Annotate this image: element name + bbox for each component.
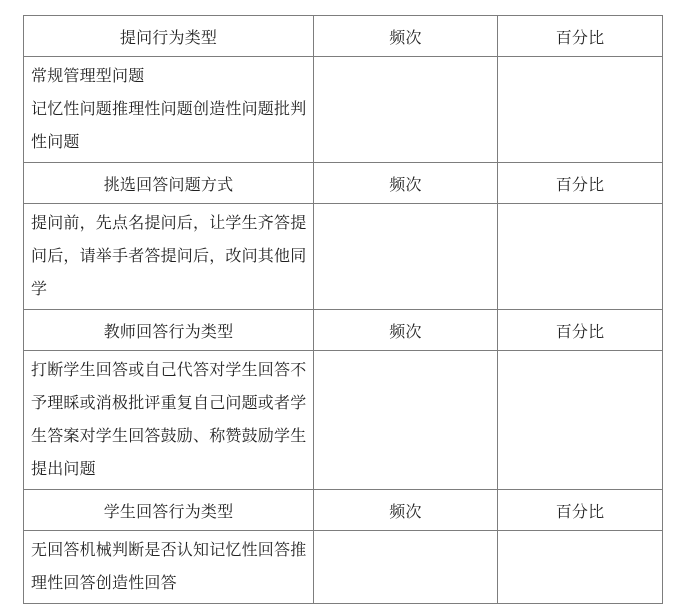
section-1-percentage-header: 百分比 xyxy=(498,16,663,57)
section-4-percentage-value-cell xyxy=(498,531,663,604)
section-2-header-row: 挑选回答问题方式 频次 百分比 xyxy=(24,163,663,204)
section-1-content-row: 常规管理型问题 记忆性问题推理性问题创造性问题批判性问题 xyxy=(24,57,663,163)
section-2-percentage-value-cell xyxy=(498,204,663,310)
section-3-percentage-header: 百分比 xyxy=(498,310,663,351)
section-3-percentage-value-cell xyxy=(498,351,663,490)
section-1-header-row: 提问行为类型 频次 百分比 xyxy=(24,16,663,57)
section-4-items-cell: 无回答机械判断是否认知记忆性回答推理性回答创造性回答 xyxy=(24,531,314,604)
section-2-frequency-value-cell xyxy=(314,204,498,310)
section-2-content-row: 提问前，先点名提问后，让学生齐答提问后，请举手者答提问后，改问其他同学 xyxy=(24,204,663,310)
section-3-items-cell: 打断学生回答或自己代答对学生回答不予理睬或消极批评重复自己问题或者学生答案对学生… xyxy=(24,351,314,490)
section-4-frequency-value-cell xyxy=(314,531,498,604)
section-4-percentage-header: 百分比 xyxy=(498,490,663,531)
section-1-percentage-value-cell xyxy=(498,57,663,163)
section-3-content-row: 打断学生回答或自己代答对学生回答不予理睬或消极批评重复自己问题或者学生答案对学生… xyxy=(24,351,663,490)
section-2-frequency-header: 频次 xyxy=(314,163,498,204)
section-3-header-row: 教师回答行为类型 频次 百分比 xyxy=(24,310,663,351)
section-2-items-cell: 提问前，先点名提问后，让学生齐答提问后，请举手者答提问后，改问其他同学 xyxy=(24,204,314,310)
section-3-category-header: 教师回答行为类型 xyxy=(24,310,314,351)
section-3-frequency-value-cell xyxy=(314,351,498,490)
section-4-content-row: 无回答机械判断是否认知记忆性回答推理性回答创造性回答 xyxy=(24,531,663,604)
section-1-frequency-header: 频次 xyxy=(314,16,498,57)
section-4-category-header: 学生回答行为类型 xyxy=(24,490,314,531)
section-4-frequency-header: 频次 xyxy=(314,490,498,531)
section-1-items-cell: 常规管理型问题 记忆性问题推理性问题创造性问题批判性问题 xyxy=(24,57,314,163)
behavior-category-table: 提问行为类型 频次 百分比 常规管理型问题 记忆性问题推理性问题创造性问题批判性… xyxy=(23,15,663,604)
section-1-category-header: 提问行为类型 xyxy=(24,16,314,57)
section-2-category-header: 挑选回答问题方式 xyxy=(24,163,314,204)
section-2-percentage-header: 百分比 xyxy=(498,163,663,204)
section-3-frequency-header: 频次 xyxy=(314,310,498,351)
section-1-frequency-value-cell xyxy=(314,57,498,163)
section-4-header-row: 学生回答行为类型 频次 百分比 xyxy=(24,490,663,531)
